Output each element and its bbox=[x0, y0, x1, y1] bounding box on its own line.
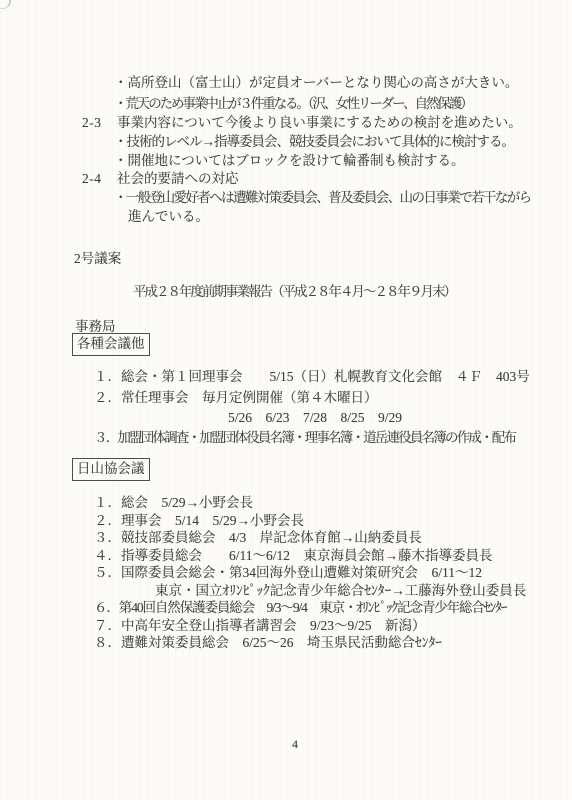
nichisankyo-item: ８．遭難対策委員総会 6/25～26 埼玉県民活動総合ｾﾝﾀｰ bbox=[94, 634, 442, 651]
bullet-continuation-line: 進んでいる。 bbox=[128, 208, 209, 225]
nichisankyo-item-continuation: 東京・国立ｵﾘﾝﾋﾟｯｸ記念青少年総合ｾﾝﾀｰ→工藤海外登山委員長 bbox=[155, 582, 526, 599]
numbered-item-2-3: 2-3事業内容について今後より良い事業にするための検討を進めたい。 bbox=[82, 114, 522, 131]
numbered-item-2-4: 2-4社会的要請への対応 bbox=[82, 170, 239, 187]
bullet-line: ・荒天のため事業中止が３件重なる。（沢、女性リーダー、自然保護） bbox=[114, 95, 472, 112]
meeting-item: ２．常任理事会 毎月定例開催（第４木曜日） bbox=[94, 389, 378, 406]
agenda-2-heading: 2号議案 bbox=[74, 250, 121, 267]
nichisankyo-item: １．総会 5/29→小野会長 bbox=[94, 494, 253, 511]
meeting-dates-line: 5/26 6/23 7/28 8/25 9/29 bbox=[228, 409, 402, 426]
nichisankyo-item: ７．中高年安全登山指導者講習会 9/23～9/25 新潟） bbox=[94, 617, 426, 634]
meeting-item: １．総会・第１回理事会 5/15（日）札幌教育文化会館 ４Ｆ 403号 bbox=[94, 368, 530, 385]
nichisankyo-box-label: 日山協会議 bbox=[72, 458, 150, 481]
nichisankyo-item: ６．第40回自然保護委員総会 9/3～9/4 東京・ｵﾘﾝﾋﾟｯｸ記念青少年総合… bbox=[94, 599, 506, 616]
item-number: 2-3 bbox=[82, 114, 117, 131]
bullet-line: ・開催地についてはブロックを設けて輪番制も検討する。 bbox=[114, 152, 464, 169]
bullet-line: ・技術的レベル→指導委員会、競技委員会において具体的に検討する。 bbox=[114, 133, 514, 150]
scan-artifact-mark bbox=[0, 0, 11, 9]
meeting-item: ３．加盟団体調査・加盟団体役員名簿・理事名簿・道岳連役員名簿の作成・配布 bbox=[94, 429, 515, 446]
nichisankyo-item: ５．国際委員会総会・第34回海外登山遭難対策研究会 6/11～12 bbox=[94, 564, 482, 581]
nichisankyo-item: ４．指導委員総会 6/11～6/12 東京海員会館→藤木指導委員長 bbox=[94, 547, 493, 564]
item-text: 事業内容について今後より良い事業にするための検討を進めたい。 bbox=[117, 115, 522, 130]
meetings-box-label: 各種会議他 bbox=[72, 333, 150, 356]
item-number: 2-4 bbox=[82, 170, 117, 187]
item-text: 社会的要請への対応 bbox=[117, 171, 239, 186]
nichisankyo-item: ３．競技部委員総会 4/3 岸記念体育館→山納委員長 bbox=[94, 529, 422, 546]
bullet-line: ・一般登山愛好者へは遭難対策委員会、普及委員会、山の日事業で若干ながら bbox=[114, 189, 531, 206]
scanned-document-page: ・高所登山（富士山）が定員オーバーとなり関心の高さが大きい。 ・荒天のため事業中… bbox=[0, 0, 572, 800]
bullet-line: ・高所登山（富士山）が定員オーバーとなり関心の高さが大きい。 bbox=[114, 74, 518, 91]
page-number: 4 bbox=[292, 736, 298, 753]
nichisankyo-item: ２．理事会 5/14 5/29→小野会長 bbox=[94, 512, 304, 529]
report-title: 平成２８年度前期事業報告（平成２８年４月～２８年９月末） bbox=[133, 283, 455, 300]
